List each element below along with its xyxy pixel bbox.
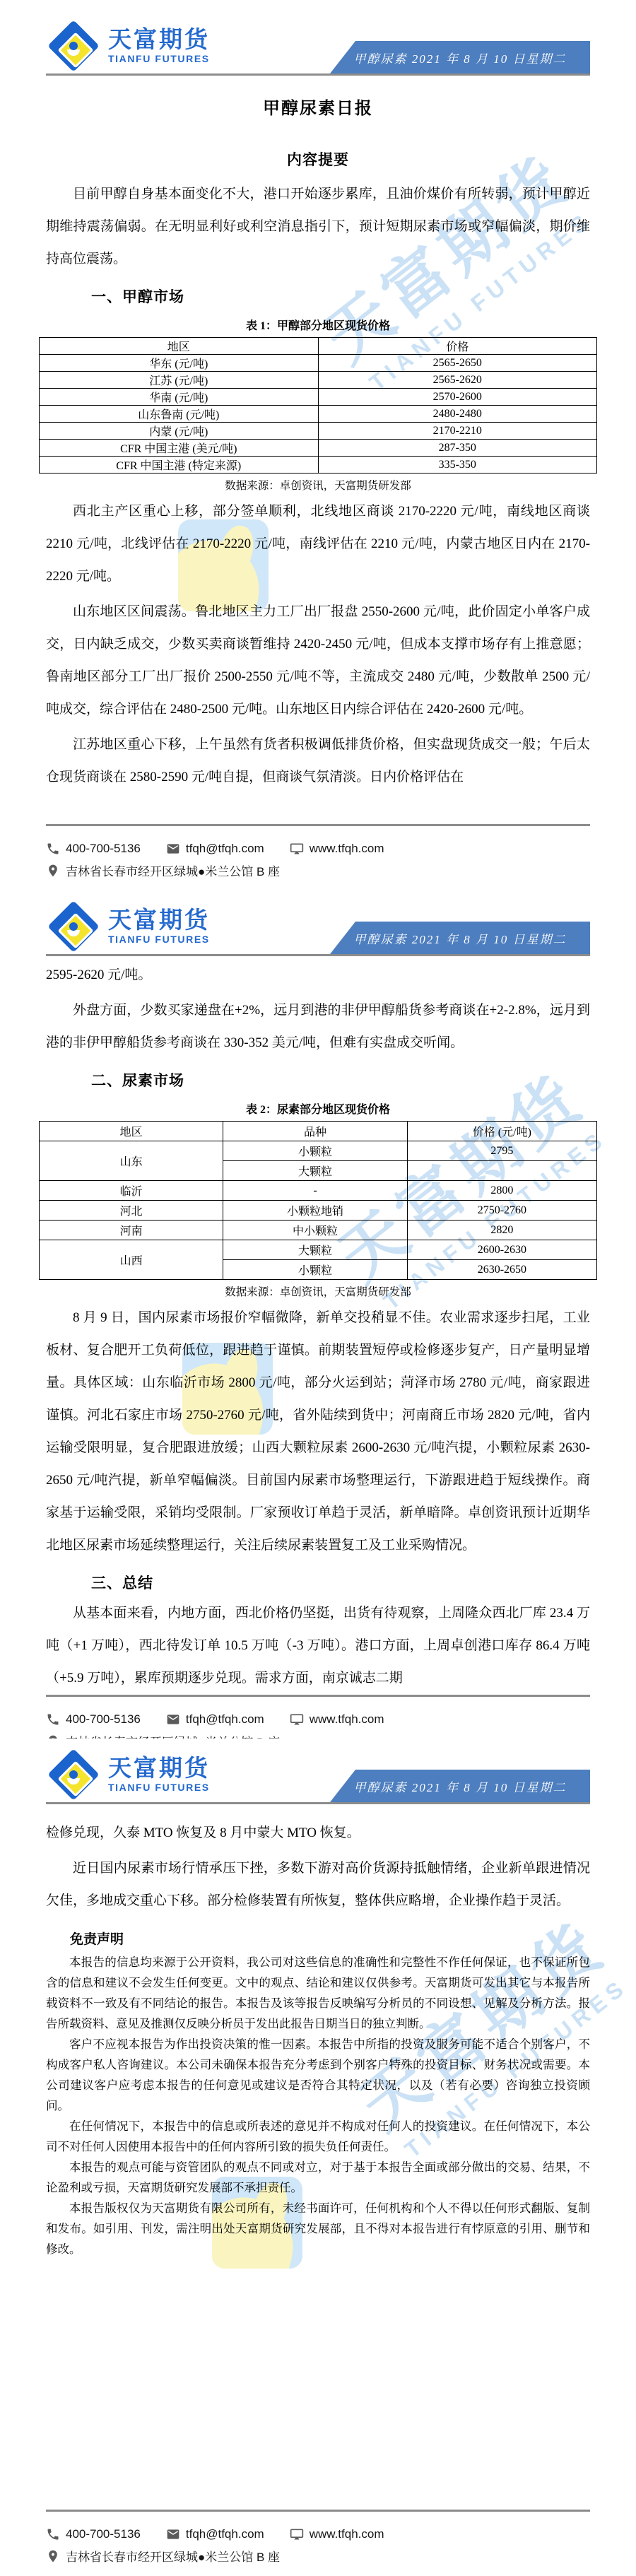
page-2: 天富期货 TIANFU FUTURES 天富期货 TIANFU FUTURES …	[0, 890, 636, 1739]
table-row: 山东鲁南 (元/吨)2480-2480	[40, 406, 597, 423]
methanol-price-table: 地区 价格 华东 (元/吨)2565-2650 江苏 (元/吨)2565-262…	[39, 337, 597, 474]
section-heading-conclusion: 三、总结	[46, 1572, 590, 1593]
urea-paragraph-1: 8 月 9 日，国内尿素市场报价窄幅微降，新单交投稍显不佳。农业需求逐步扫尾，工…	[46, 1302, 590, 1562]
summary-paragraph: 目前甲醇自身基本面变化不大，港口开始逐步累库，且油价煤价有所转弱，预计甲醇近期维…	[46, 178, 590, 276]
disclaimer-paragraph-1: 本报告的信息均来源于公开资料，我公司对这些信息的准确性和完整性不作任何保证，也不…	[46, 1952, 590, 2034]
table-row: CFR 中国主港 (特定来源)335-350	[40, 457, 597, 474]
monitor-icon	[290, 1712, 304, 1727]
table-header-row: 地区 品种 价格 (元/吨)	[40, 1122, 597, 1141]
footer-address: 吉林省长春市经开区绿城●米兰公馆 B 座	[46, 1732, 280, 1739]
brand-name-cn: 天富期货	[108, 1756, 210, 1781]
table-row: CFR 中国主港 (美元/吨)287-350	[40, 440, 597, 457]
page-header: 天富期货 TIANFU FUTURES 甲醇尿素 2021 年 8 月 10 日…	[0, 1739, 636, 1804]
methanol-paragraph-3: 江苏地区重心下移，上午虽然有货者积极调低排货价格，但实盘现货成交一般；午后太仓现…	[46, 729, 590, 794]
monitor-icon	[290, 2527, 304, 2541]
envelope-icon	[166, 2527, 180, 2541]
header-rule	[46, 1802, 590, 1804]
company-logo: 天富期货 TIANFU FUTURES	[46, 1747, 210, 1802]
table-row: 河北 小颗粒地销 2750-2760	[40, 1201, 597, 1221]
methanol-paragraph-1: 西北主产区重心上移，部分签单顺利，北线地区商谈 2170-2220 元/吨，南线…	[46, 495, 590, 593]
footer-phone: 400-700-5136	[46, 842, 141, 856]
urea-price-table: 地区 品种 价格 (元/吨) 山东 小颗粒 2795 大颗粒 临沂 - 2800…	[39, 1121, 597, 1280]
table-row: 河南 中小颗粒 2820	[40, 1221, 597, 1240]
brand-name-cn: 天富期货	[108, 28, 210, 52]
page-footer: 400-700-5136 tfqh@tfqh.com www.tfqh.com …	[46, 824, 590, 890]
brand-name-en: TIANFU FUTURES	[108, 934, 210, 945]
conclusion-paragraph-1: 从基本面来看，内地方面，西北价格仍坚挺，出货有待观察，上周隆众西北厂库 23.4…	[46, 1597, 590, 1695]
summary-heading: 内容提要	[0, 148, 636, 170]
header-rule	[46, 73, 590, 76]
footer-email[interactable]: tfqh@tfqh.com	[166, 842, 264, 856]
report-document: 天富期货 TIANFU FUTURES 天富期货 TIANFU FUTURES …	[0, 0, 636, 2576]
disclaimer-paragraph-4: 本报告的观点可能与资管团队的观点不同或对立，对于基于本报告全面或部分做出的交易、…	[46, 2157, 590, 2198]
page-footer: 400-700-5136 tfqh@tfqh.com www.tfqh.com …	[46, 2510, 590, 2576]
logo-diamond-icon	[46, 1747, 101, 1802]
section-heading-methanol: 一、甲醇市场	[46, 286, 590, 307]
brand-name-cn: 天富期货	[108, 908, 210, 933]
monitor-icon	[290, 842, 304, 856]
date-banner: 甲醇尿素 2021 年 8 月 10 日星期二	[330, 1770, 590, 1802]
table1-caption: 表 1：甲醇部分地区现货价格	[0, 317, 636, 333]
phone-icon	[46, 2527, 60, 2541]
table-row: 华南 (元/吨)2570-2600	[40, 389, 597, 406]
disclaimer-paragraph-2: 客户不应视本报告为作出投资决策的惟一因素。本报告中所指的投资及服务可能不适合个别…	[46, 2034, 590, 2116]
methanol-paragraph-4: 外盘方面，少数买家递盘在+2%，远月到港的非伊甲醇船货参考商谈在+2-2.8%，…	[46, 994, 590, 1059]
brand-name-en: TIANFU FUTURES	[108, 1782, 210, 1793]
conclusion-paragraph-1-cont: 检修兑现，久泰 MTO 恢复及 8 月中蒙大 MTO 恢复。	[46, 1817, 590, 1849]
table1-source: 数据来源：卓创资讯，天富期货研发部	[0, 477, 636, 493]
disclaimer-heading: 免责声明	[46, 1929, 590, 1948]
phone-icon	[46, 1712, 60, 1727]
disclaimer-paragraph-3: 在任何情况下，本报告中的信息或所表述的意见并不构成对任何人的投资建议。在任何情况…	[46, 2116, 590, 2157]
footer-address: 吉林省长春市经开区绿城●米兰公馆 B 座	[46, 2547, 280, 2565]
header-rule	[46, 954, 590, 956]
footer-website[interactable]: www.tfqh.com	[290, 2527, 384, 2541]
phone-icon	[46, 842, 60, 856]
footer-phone: 400-700-5136	[46, 1712, 141, 1727]
table2-caption: 表 2：尿素部分地区现货价格	[0, 1100, 636, 1117]
table-row: 临沂 - 2800	[40, 1181, 597, 1201]
logo-diamond-icon	[46, 899, 101, 954]
table-header-row: 地区 价格	[40, 338, 597, 355]
company-logo: 天富期货 TIANFU FUTURES	[46, 18, 210, 73]
page-1: 天富期货 TIANFU FUTURES 天富期货 TIANFU FUTURES …	[0, 0, 636, 890]
methanol-paragraph-3-cont: 2595-2620 元/吨。	[46, 959, 590, 992]
footer-phone: 400-700-5136	[46, 2527, 141, 2541]
location-pin-icon	[46, 2549, 60, 2563]
footer-address: 吉林省长春市经开区绿城●米兰公馆 B 座	[46, 861, 280, 879]
page-header: 天富期货 TIANFU FUTURES 甲醇尿素 2021 年 8 月 10 日…	[0, 0, 636, 76]
footer-email[interactable]: tfqh@tfqh.com	[166, 2527, 264, 2541]
footer-email[interactable]: tfqh@tfqh.com	[166, 1712, 264, 1727]
table-row: 华东 (元/吨)2565-2650	[40, 355, 597, 372]
footer-website[interactable]: www.tfqh.com	[290, 1712, 384, 1727]
company-logo: 天富期货 TIANFU FUTURES	[46, 899, 210, 954]
envelope-icon	[166, 842, 180, 856]
report-title: 甲醇尿素日报	[0, 94, 636, 119]
page-header: 天富期货 TIANFU FUTURES 甲醇尿素 2021 年 8 月 10 日…	[0, 890, 636, 956]
table-row: 山东 小颗粒 2795	[40, 1141, 597, 1161]
methanol-paragraph-2: 山东地区区间震荡。鲁北地区主力工厂出厂报盘 2550-2600 元/吨，此价固定…	[46, 596, 590, 726]
table2-source: 数据来源：卓创资讯，天富期货研发部	[0, 1283, 636, 1299]
table-row: 内蒙 (元/吨)2170-2210	[40, 423, 597, 440]
page-footer: 400-700-5136 tfqh@tfqh.com www.tfqh.com …	[46, 1695, 590, 1739]
envelope-icon	[166, 1712, 180, 1727]
disclaimer-paragraph-5: 本报告版权仅为天富期货有限公司所有，未经书面许可，任何机构和个人不得以任何形式翻…	[46, 2198, 590, 2259]
location-pin-icon	[46, 864, 60, 878]
logo-diamond-icon	[46, 18, 101, 73]
brand-name-en: TIANFU FUTURES	[108, 54, 210, 64]
page-3: 天富期货 TIANFU FUTURES 天富期货 TIANFU FUTURES …	[0, 1739, 636, 2576]
table-row: 江苏 (元/吨)2565-2620	[40, 372, 597, 389]
section-heading-urea: 二、尿素市场	[46, 1069, 590, 1090]
footer-website[interactable]: www.tfqh.com	[290, 842, 384, 856]
conclusion-paragraph-2: 近日国内尿素市场行情承压下挫，多数下游对高价货源持抵触情绪，企业新单跟进情况欠佳…	[46, 1852, 590, 1917]
date-banner: 甲醇尿素 2021 年 8 月 10 日星期二	[330, 922, 590, 954]
date-banner: 甲醇尿素 2021 年 8 月 10 日星期二	[330, 41, 590, 73]
table-row: 山西 大颗粒 2600-2630	[40, 1240, 597, 1260]
